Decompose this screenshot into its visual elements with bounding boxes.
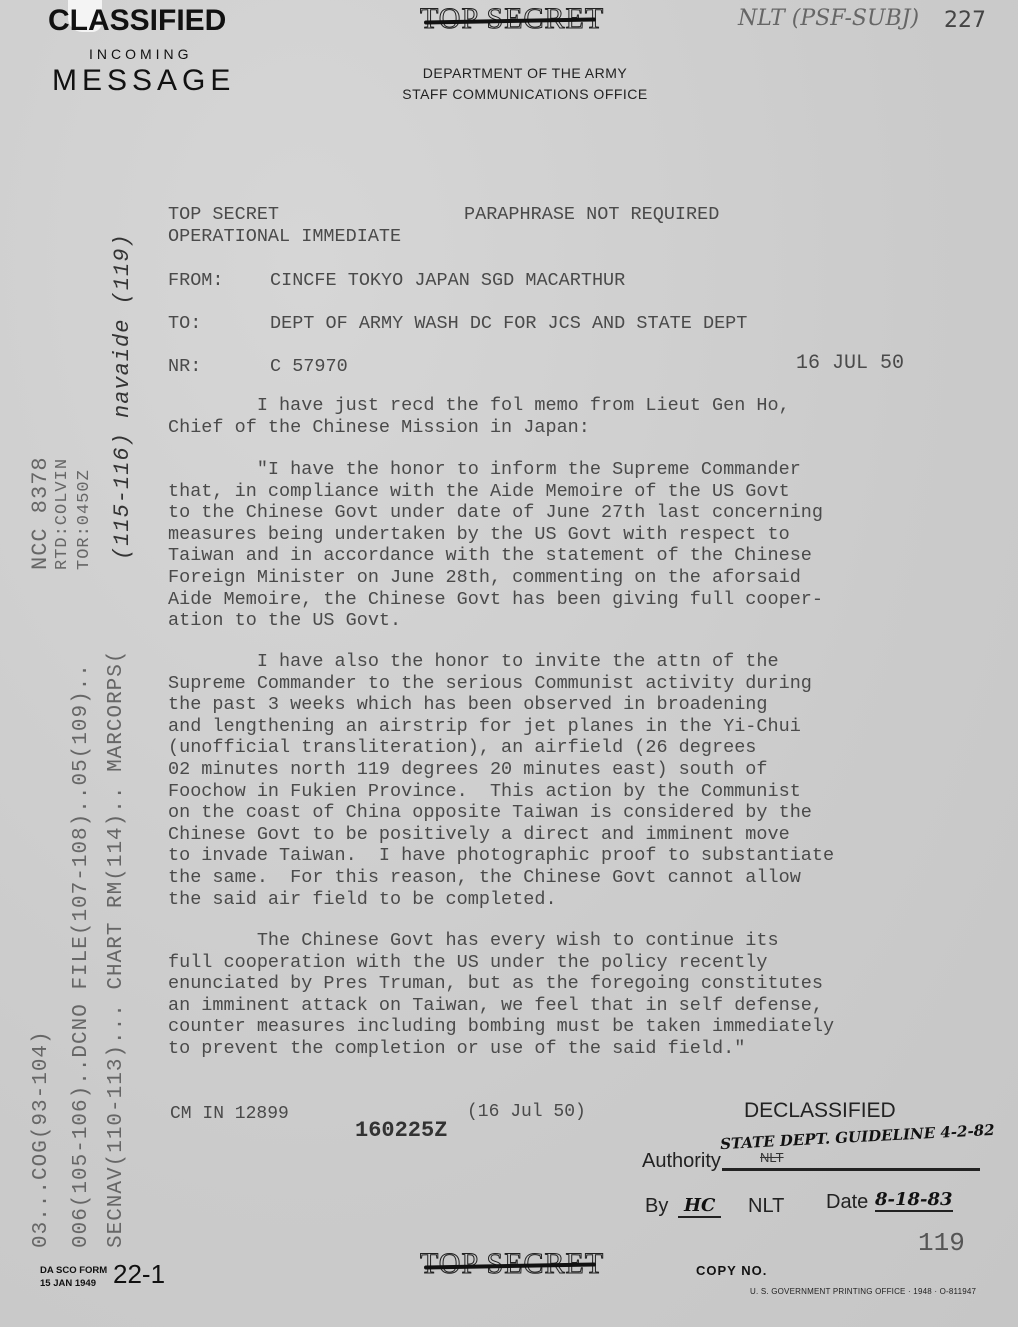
text-line: Chief of the Chinese Mission in Japan:: [168, 417, 790, 439]
form-number: 22-1: [113, 1259, 165, 1290]
text-line: I have also the honor to invite the attn…: [168, 651, 834, 673]
nr-value: C 57970: [270, 356, 348, 378]
message-date: 16 JUL 50: [796, 353, 904, 375]
routing-handwritten: (115-116) navaide (119): [110, 233, 135, 560]
text-line: Foreign Minister on June 28th, commentin…: [168, 567, 823, 589]
text-line: 02 minutes north 119 degrees 20 minutes …: [168, 759, 834, 781]
copy-number-label: COPY NO.: [696, 1263, 767, 1278]
text-line: the said air field to be completed.: [168, 889, 834, 911]
form-line: DA SCO FORM: [40, 1264, 107, 1277]
text-line: measures being undertaken by the US Govt…: [168, 524, 823, 546]
declassified-stamp: DECLASSIFIED: [744, 1099, 896, 1123]
routing-line: RTD:COLVIN: [52, 456, 74, 570]
routing-line: NCC 8378: [30, 456, 52, 570]
top-secret-stamp-top: TOP SECRET: [420, 2, 604, 36]
text-line: the past 3 weeks which has been observed…: [168, 694, 834, 716]
text-line: I have just recd the fol memo from Lieut…: [168, 395, 790, 417]
text-line: ation to the US Govt.: [168, 610, 823, 632]
routing-line-2: 006(105-106)..DCNO FILE(107-108)..05(109…: [70, 663, 93, 1248]
text-line: "I have the honor to inform the Supreme …: [168, 459, 823, 481]
text-line: The Chinese Govt has every wish to conti…: [168, 930, 834, 952]
text-line: enunciated by Pres Truman, but as the fo…: [168, 973, 834, 995]
department-block: DEPARTMENT OF THE ARMY STAFF COMMUNICATI…: [380, 63, 670, 105]
text-line: full cooperation with the US under the p…: [168, 952, 834, 974]
by-label: By: [645, 1195, 668, 1218]
text-line: Supreme Commander to the serious Communi…: [168, 673, 834, 695]
text-line: Taiwan and in accordance with the statem…: [168, 545, 823, 567]
routing-ncc: NCC 8378 RTD:COLVIN TOR:0450Z: [30, 456, 96, 570]
date-label: Date: [826, 1191, 868, 1214]
text-line: and lengthening an airstrip for jet plan…: [168, 716, 834, 738]
date-handwritten: 8-18-83: [875, 1189, 953, 1212]
cm-in-number: CM IN 12899: [170, 1104, 289, 1124]
form-identifier: DA SCO FORM 15 JAN 1949: [40, 1264, 107, 1290]
text-line: an imminent attack on Taiwan, we feel th…: [168, 995, 834, 1017]
printing-office-line: U. S. GOVERNMENT PRINTING OFFICE · 1948 …: [750, 1287, 976, 1296]
text-line: counter measures including bombing must …: [168, 1016, 834, 1038]
memo-paragraph-1: "I have the honor to inform the Supreme …: [168, 459, 823, 632]
office-name: STAFF COMMUNICATIONS OFFICE: [380, 84, 670, 105]
precedence-line: OPERATIONAL IMMEDIATE: [168, 226, 401, 248]
from-value: CINCFE TOKYO JAPAN SGD MACARTHUR: [270, 270, 625, 292]
nr-label: NR:: [168, 356, 201, 378]
to-label: TO:: [168, 313, 201, 335]
by-agency: NLT: [748, 1195, 784, 1218]
file-number: 227: [944, 8, 986, 33]
memo-paragraph-3: The Chinese Govt has every wish to conti…: [168, 930, 834, 1060]
department-name: DEPARTMENT OF THE ARMY: [380, 63, 670, 84]
from-label: FROM:: [168, 270, 224, 292]
intro-paragraph: I have just recd the fol memo from Lieut…: [168, 395, 790, 438]
file-note-handwritten: NLT (PSF-SUBJ): [738, 6, 919, 31]
to-value: DEPT OF ARMY WASH DC FOR JCS AND STATE D…: [270, 313, 747, 335]
text-line: to invade Taiwan. I have photographic pr…: [168, 845, 834, 867]
text-line: to the Chinese Govt under date of June 2…: [168, 502, 823, 524]
text-line: to prevent the completion or use of the …: [168, 1038, 834, 1060]
cm-in-date: (16 Jul 50): [467, 1102, 586, 1122]
classified-heading: CLASSIFIED: [48, 4, 226, 38]
authority-struck: NLT: [760, 1150, 784, 1165]
date-time-group: 160225Z: [355, 1118, 447, 1143]
text-line: Foochow in Fukien Province. This action …: [168, 781, 834, 803]
top-secret-stamp-bottom: TOP SECRET: [420, 1247, 604, 1281]
routing-line: TOR:0450Z: [74, 456, 96, 570]
authority-underline: [722, 1168, 980, 1171]
text-line: that, in compliance with the Aide Memoir…: [168, 481, 823, 503]
authority-handwritten: STATE DEPT. GUIDELINE 4-2-82: [720, 1121, 995, 1153]
form-line: 15 JAN 1949: [40, 1277, 107, 1290]
text-line: Chinese Govt to be positively a direct a…: [168, 824, 834, 846]
routing-line-3: SECNAV(110-113)... CHART RM(114).. MARCO…: [105, 650, 128, 1249]
text-line: the same. For this reason, the Chinese G…: [168, 867, 834, 889]
page-number: 119: [918, 1228, 965, 1258]
message-heading: MESSAGE: [52, 64, 235, 98]
text-line: Aide Memoire, the Chinese Govt has been …: [168, 589, 823, 611]
text-line: on the coast of China opposite Taiwan is…: [168, 802, 834, 824]
classification-line: TOP SECRET: [168, 204, 279, 226]
incoming-label: INCOMING: [89, 46, 193, 62]
by-handwritten: HC: [678, 1195, 721, 1218]
routing-line-1: 03...COG(93-104): [30, 1030, 53, 1248]
memo-paragraph-2: I have also the honor to invite the attn…: [168, 651, 834, 910]
text-line: (unofficial transliteration), an airfiel…: [168, 737, 834, 759]
paraphrase-line: PARAPHRASE NOT REQUIRED: [464, 204, 719, 226]
authority-label: Authority: [642, 1150, 721, 1173]
